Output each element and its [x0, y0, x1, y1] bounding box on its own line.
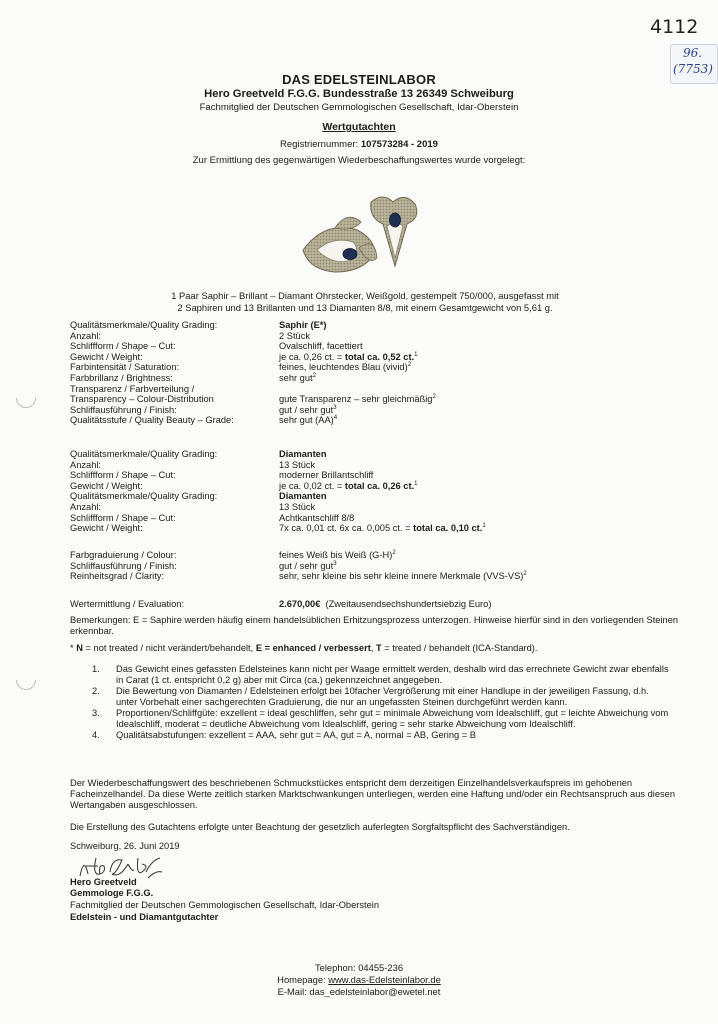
- earrings-photo: [295, 190, 425, 280]
- grading-row: Transparency – Colour-Distributiongute T…: [70, 394, 436, 405]
- evaluation-amount: 2.670,00€: [279, 599, 320, 609]
- handwritten-note-line1: 96.: [683, 46, 702, 60]
- grading-row: Anzahl:13 Stück: [70, 502, 486, 513]
- grading-value: Achtkantschliff 8/8: [279, 513, 354, 524]
- legend-t-text: = treated / behandelt (ICA-Standard).: [382, 643, 538, 653]
- grading-row: Anzahl:2 Stück: [70, 331, 436, 342]
- evaluation-amount-words: (Zweitausendsechshundertsiebzig Euro): [326, 599, 492, 609]
- grading-label: Schliffform / Shape – Cut:: [70, 341, 279, 352]
- grading-value: 7x ca. 0,01 ct. 6x ca. 0,005 ct. = total…: [279, 523, 486, 534]
- grading-label: Farbintensität / Saturation:: [70, 362, 279, 373]
- grading-value: gut / sehr gut3: [279, 561, 337, 572]
- grading-label: Schliffausführung / Finish:: [70, 561, 279, 572]
- footer-phone: Telephon: 04455-236: [0, 962, 718, 974]
- registration-value: 107573284 - 2019: [361, 139, 438, 150]
- footnote-item: 4.Qualitätsabstufungen: exzellent = AAA,…: [92, 730, 672, 741]
- grading-value: 2 Stück: [279, 331, 310, 342]
- grading-row: Gewicht / Weight:je ca. 0,26 ct. = total…: [70, 352, 436, 363]
- item-description-line2: 2 Saphiren und 13 Brillanten und 13 Diam…: [130, 302, 600, 314]
- grading-label: Gewicht / Weight:: [70, 352, 279, 363]
- evaluation-label: Wertermittlung / Evaluation:: [70, 599, 279, 610]
- grading-value: sehr, sehr kleine bis sehr kleine innere…: [279, 571, 527, 582]
- grading-row: Qualitätsmerkmale/Quality Grading:Diaman…: [70, 449, 486, 460]
- grading-row: Schliffausführung / Finish:gut / sehr gu…: [70, 405, 436, 416]
- signer-role: Edelstein - und Diamantgutachter: [70, 912, 670, 923]
- lab-title: DAS EDELSTEINLABOR: [0, 72, 718, 87]
- contact-footer: Telephon: 04455-236 Homepage: www.das-Ed…: [0, 962, 718, 998]
- grading-value: gute Transparenz – sehr gleichmäßig2: [279, 394, 436, 405]
- grading-label: Qualitätsstufe / Quality Beauty – Grade:: [70, 415, 279, 426]
- grading-row: Reinheitsgrad / Clarity:sehr, sehr klein…: [70, 571, 527, 582]
- footer-homepage: Homepage: www.das-Edelsteinlabor.de: [0, 974, 718, 986]
- grading-value: je ca. 0,26 ct. = total ca. 0,52 ct.1: [279, 352, 418, 363]
- evaluation-row: Wertermittlung / Evaluation: 2.670,00€ (…: [70, 599, 491, 610]
- footnote-number: 1.: [92, 664, 116, 686]
- legend-n-text: = not treated / nicht verändert/behandel…: [83, 643, 256, 653]
- registration-label: Registriernummer:: [280, 139, 361, 150]
- footnote-item: 2.Die Bewertung von Diamanten / Edelstei…: [92, 686, 672, 708]
- signer-title: Gemmologe F.G.G.: [70, 888, 670, 899]
- grading-row: Qualitätsmerkmale/Quality Grading:Saphir…: [70, 320, 436, 331]
- grading-value: je ca. 0,02 ct. = total ca. 0,26 ct.1: [279, 481, 418, 492]
- footnotes-list: 1.Das Gewicht eines gefassten Edelsteine…: [92, 664, 672, 741]
- footnote-number: 2.: [92, 686, 116, 708]
- grading-value: 13 Stück: [279, 460, 315, 471]
- grading-value: 13 Stück: [279, 502, 315, 513]
- homepage-label: Homepage:: [277, 974, 328, 985]
- footnote-text: Die Bewertung von Diamanten / Edelsteine…: [116, 686, 672, 708]
- homepage-link[interactable]: www.das-Edelsteinlabor.de: [328, 974, 441, 985]
- signer-membership: Fachmitglied der Deutschen Gemmologische…: [70, 900, 670, 911]
- grading-label: Qualitätsmerkmale/Quality Grading:: [70, 320, 279, 331]
- grading-row: Qualitätsmerkmale/Quality Grading:Diaman…: [70, 491, 486, 502]
- place-date: Schweiburg, 26. Juni 2019: [70, 841, 670, 852]
- grading-label: Schliffform / Shape – Cut:: [70, 470, 279, 481]
- treatment-legend: * N = not treated / nicht verändert/beha…: [70, 643, 690, 654]
- grading-value: Diamanten: [279, 449, 327, 460]
- grading-row: Gewicht / Weight:je ca. 0,02 ct. = total…: [70, 481, 486, 492]
- grading-row: Schliffform / Shape – Cut:Ovalschliff, f…: [70, 341, 436, 352]
- remarks-text: Bemerkungen: E = Saphire werden häufig e…: [70, 615, 680, 637]
- evaluation-value: 2.670,00€ (Zweitausendsechshundertsiebzi…: [279, 599, 491, 610]
- grading-row: Schliffform / Shape – Cut:Achtkantschlif…: [70, 513, 486, 524]
- sapphire-grading: Qualitätsmerkmale/Quality Grading:Saphir…: [70, 320, 436, 426]
- signer-name: Hero Greetveld: [70, 877, 670, 888]
- grading-label: Reinheitsgrad / Clarity:: [70, 571, 279, 582]
- intro-text: Zur Ermittlung des gegenwärtigen Wiederb…: [0, 155, 718, 166]
- grading-label: Gewicht / Weight:: [70, 481, 279, 492]
- legend-e: E = enhanced / verbessert: [256, 643, 371, 653]
- grading-label: Qualitätsmerkmale/Quality Grading:: [70, 491, 279, 502]
- grading-label: Qualitätsmerkmale/Quality Grading:: [70, 449, 279, 460]
- footnote-text: Proportionen/Schliffgüte: exzellent = id…: [116, 708, 672, 730]
- punch-hole-top: [12, 384, 40, 412]
- item-description: 1 Paar Saphir – Brillant – Diamant Ohrst…: [130, 290, 600, 314]
- grading-label: Transparency – Colour-Distribution: [70, 394, 279, 405]
- item-description-line1: 1 Paar Saphir – Brillant – Diamant Ohrst…: [130, 290, 600, 302]
- grading-value: feines, leuchtendes Blau (vivid)2: [279, 362, 411, 373]
- grading-value: gut / sehr gut3: [279, 405, 337, 416]
- grading-label: Schliffausführung / Finish:: [70, 405, 279, 416]
- grading-value: Diamanten: [279, 491, 327, 502]
- grading-value: sehr gut (AA)4: [279, 415, 337, 426]
- grading-row: Farbgraduierung / Colour:feines Weiß bis…: [70, 550, 527, 561]
- grading-value: sehr gut2: [279, 373, 316, 384]
- grading-label: Anzahl:: [70, 331, 279, 342]
- footnote-number: 4.: [92, 730, 116, 741]
- lab-membership: Fachmitglied der Deutschen Gemmologische…: [0, 102, 718, 113]
- grading-row: Farbbrillanz / Brightness:sehr gut2: [70, 373, 436, 384]
- legend-n: N: [76, 643, 83, 653]
- registration-number: Registriernummer: 107573284 - 2019: [0, 139, 718, 150]
- grading-row: Schliffform / Shape – Cut:moderner Brill…: [70, 470, 486, 481]
- footnote-text: Qualitätsabstufungen: exzellent = AAA, s…: [116, 730, 476, 741]
- grading-row: Qualitätsstufe / Quality Beauty – Grade:…: [70, 415, 436, 426]
- diamond-grading: Qualitätsmerkmale/Quality Grading:Diaman…: [70, 449, 486, 534]
- lab-address: Hero Greetveld F.G.G. Bundesstraße 13 26…: [0, 88, 718, 100]
- disclaimer-text: Der Wiederbeschaffungswert des beschrieb…: [70, 778, 675, 811]
- document-type: Wertgutachten: [0, 121, 718, 133]
- grading-label: Farbgraduierung / Colour:: [70, 550, 279, 561]
- grading-row: Anzahl:13 Stück: [70, 460, 486, 471]
- signature-scribble: [76, 852, 166, 880]
- grading-label: Gewicht / Weight:: [70, 523, 279, 534]
- grading-value: Saphir (E*): [279, 320, 327, 331]
- grading-value: moderner Brillantschliff: [279, 470, 373, 481]
- diligence-text: Die Erstellung des Gutachtens erfolgte u…: [70, 822, 680, 833]
- handwritten-number: 4112: [650, 16, 698, 38]
- grading-row: Gewicht / Weight:7x ca. 0,01 ct. 6x ca. …: [70, 523, 486, 534]
- footnote-number: 3.: [92, 708, 116, 730]
- footnote-item: 3.Proportionen/Schliffgüte: exzellent = …: [92, 708, 672, 730]
- grading-row: Farbintensität / Saturation:feines, leuc…: [70, 362, 436, 373]
- footer-email[interactable]: E-Mail: das_edelsteinlabor@ewetel.net: [0, 986, 718, 998]
- grading-label: Anzahl:: [70, 460, 279, 471]
- footnote-text: Das Gewicht eines gefassten Edelsteines …: [116, 664, 672, 686]
- grading-label: Farbbrillanz / Brightness:: [70, 373, 279, 384]
- grading-value: Ovalschliff, facettiert: [279, 341, 363, 352]
- grading-row: Schliffausführung / Finish:gut / sehr gu…: [70, 561, 527, 572]
- punch-hole-bottom: [12, 666, 40, 694]
- grading-row: Transparenz / Farbverteilung /: [70, 384, 436, 395]
- grading-label: Transparenz / Farbverteilung /: [70, 384, 279, 395]
- grading-label: Anzahl:: [70, 502, 279, 513]
- footnote-item: 1.Das Gewicht eines gefassten Edelsteine…: [92, 664, 672, 686]
- diamond-quality: Farbgraduierung / Colour:feines Weiß bis…: [70, 550, 527, 582]
- grading-label: Schliffform / Shape – Cut:: [70, 513, 279, 524]
- grading-value: feines Weiß bis Weiß (G-H)2: [279, 550, 396, 561]
